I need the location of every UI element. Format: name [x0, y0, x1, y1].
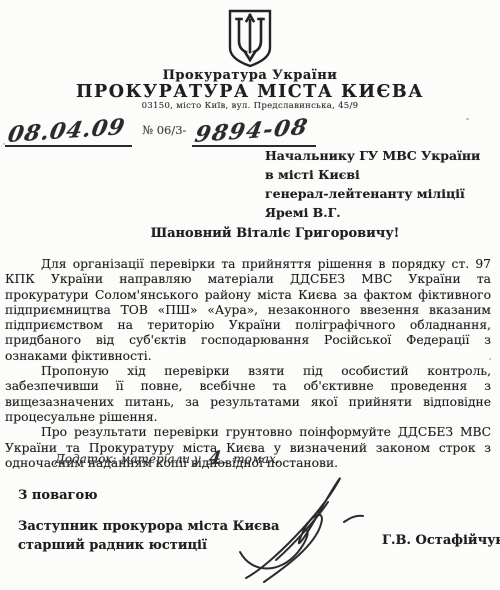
handwritten-volume-count: 4	[206, 452, 229, 465]
body-paragraph-1: Для організації перевірки та прийняття р…	[5, 257, 491, 364]
scanned-letter-page: Прокуратура України ПРОКУРАТУРА МІСТА КИ…	[0, 0, 500, 590]
attachment-label-after: томах.	[233, 452, 279, 466]
recipient-line: Яремі В.Г.	[265, 203, 480, 222]
letter-body: Для організації перевірки та прийняття р…	[5, 257, 491, 471]
outgoing-number-prefix: № 06/3-	[132, 123, 192, 137]
salutation: Шановний Віталіє Григоровичу!	[50, 226, 500, 241]
org-parent-title: Прокуратура України	[0, 68, 500, 83]
ukraine-trident-emblem	[224, 8, 276, 74]
reference-line: 08.04.09№ 06/3-9894-08	[5, 118, 316, 147]
recipient-block: Начальнику ГУ МВС України в місті Києві …	[265, 146, 480, 222]
handwritten-date: 08.04.09	[5, 118, 132, 147]
signer-name: Г.В. Остафійчук	[382, 533, 500, 548]
body-paragraph-2: Пропоную хід перевірки взяти під особист…	[5, 364, 491, 425]
scan-speck	[3, 143, 5, 145]
handwritten-outgoing-number: 9894-08	[192, 118, 315, 147]
org-address: 03150, місто Київ, вул. Предславинська, …	[0, 101, 500, 111]
scan-speck	[489, 358, 491, 360]
org-name-title: ПРОКУРАТУРА МІСТА КИЄВА	[0, 82, 500, 102]
recipient-line: Начальнику ГУ МВС України	[265, 146, 480, 165]
recipient-line: генерал-лейтенанту міліції	[265, 184, 480, 203]
signature-scribble-icon	[232, 468, 364, 588]
attachment-note: Додаток: матеріали у 4 томах.	[55, 452, 280, 466]
recipient-line: в місті Києві	[265, 165, 480, 184]
scan-speck	[466, 118, 469, 120]
attachment-label-before: Додаток: матеріали у	[55, 452, 201, 466]
closing-regards: З повагою	[18, 488, 98, 503]
